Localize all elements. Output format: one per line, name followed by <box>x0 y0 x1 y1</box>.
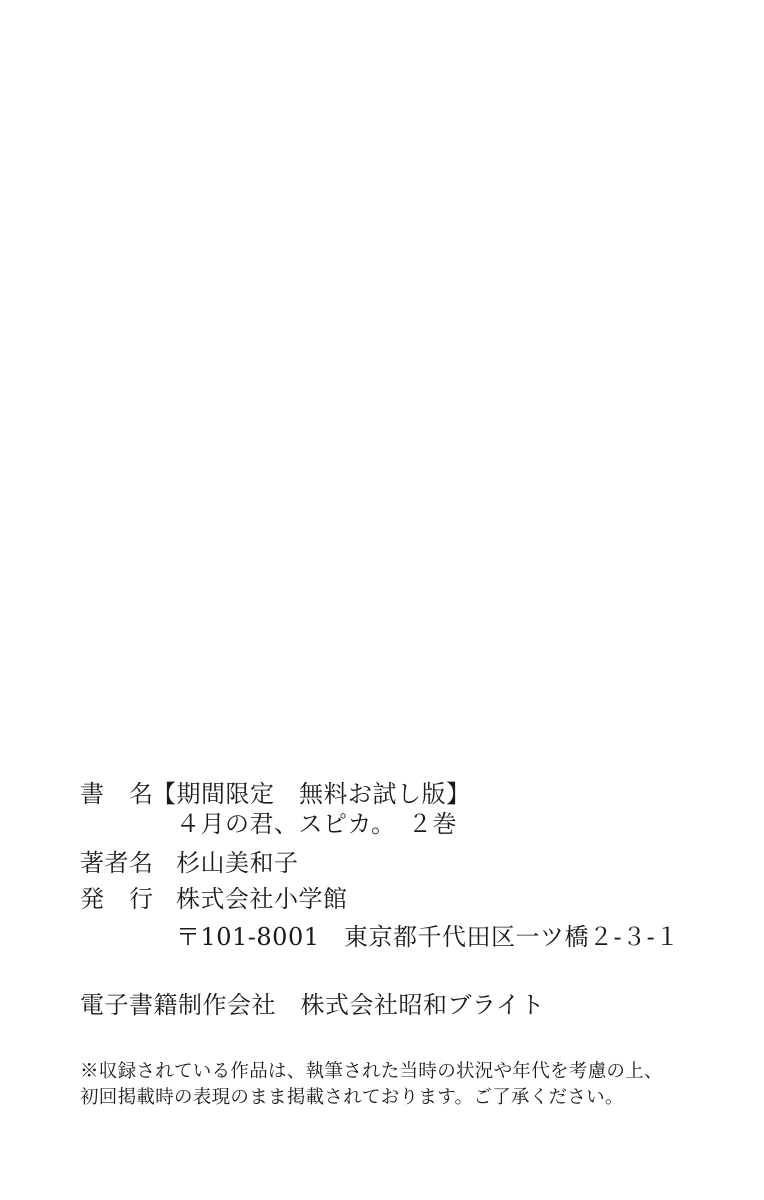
author-label: 著者名 <box>80 848 154 878</box>
author-name: 杉山美和子 <box>176 848 299 878</box>
publisher-label: 発 行 <box>80 884 154 914</box>
title-label: 書 名 <box>80 779 154 809</box>
notice-line-1: ※収録されている作品は、執筆された当時の状況や年代を考慮の上、 <box>80 1059 663 1085</box>
notice-line-2: 初回掲載時の表現のまま掲載されております。ご了承ください。 <box>80 1085 624 1111</box>
ebook-production-text: 電子書籍制作会社 株式会社昭和ブライト <box>80 990 545 1020</box>
title-line-2: ４月の君、スピカ。 ２巻 <box>176 809 457 839</box>
publisher-name: 株式会社小学館 <box>176 884 348 914</box>
publisher-address: 〒101‐8001 東京都千代田区一ツ橋２‐３‐１ <box>176 922 680 952</box>
title-line-1: 【期間限定 無料お試し版】 <box>152 779 471 809</box>
